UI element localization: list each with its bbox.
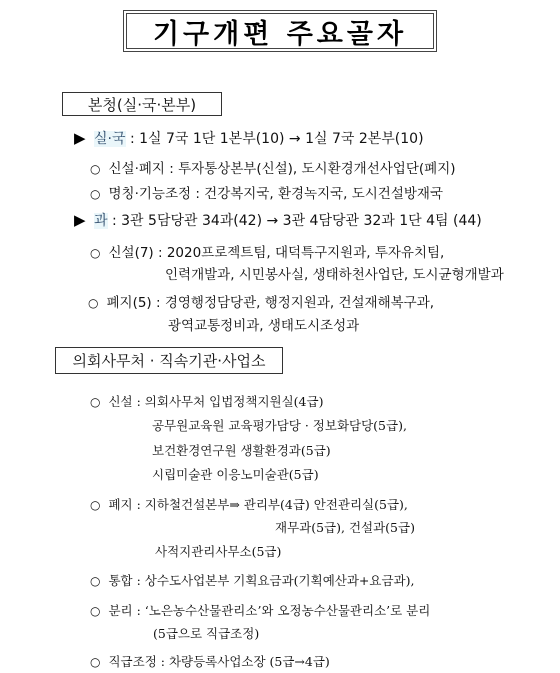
section-heading-main-office: 본청(실·국·본부) <box>62 92 222 116</box>
document-title: 기구개편 주요골자 <box>126 13 434 49</box>
triangle-bullet-icon: ▶ <box>74 129 86 147</box>
list-item-continuation: 재무과(5급), 건설과(5급) <box>275 518 415 536</box>
circle-bullet-icon: ○ <box>90 246 100 260</box>
list-item: ○직급조정 : 차량등록사업소장 (5급→4급) <box>90 652 330 670</box>
list-item: ○신설·폐지 : 투자통상본부(신설), 도시환경개선사업단(폐지) <box>90 157 456 177</box>
list-item: ○신설(7) : 2020프로젝트팀, 대덕특구지원과, 투자유치팀, <box>90 241 444 261</box>
list-item: ○분리 : ‘노은농수산물관리소’와 오정농수산물관리소’로 분리 <box>90 601 430 619</box>
list-item-continuation: 시립미술관 이응노미술관(5급) <box>152 465 319 483</box>
circle-bullet-icon: ○ <box>90 162 100 176</box>
list-item-continuation: 보건환경연구원 생활환경과(5급) <box>152 441 331 459</box>
group-label: 과 <box>94 213 108 229</box>
circle-bullet-icon: ○ <box>90 498 100 512</box>
list-item-continuation: 광역교통정비과, 생태도시조성과 <box>168 314 359 334</box>
triangle-bullet-icon: ▶ <box>74 211 86 229</box>
list-item: ○폐지 : 지하철건설본부⇒ 관리부(4급) 안전관리실(5급), <box>90 495 408 513</box>
list-item: ○폐지(5) : 경영행정담당관, 행정지원과, 건설재해복구과, <box>88 291 434 311</box>
list-item: ○통합 : 상수도사업본부 기획요금과(기획예산과+요금과), <box>90 571 414 589</box>
list-item-continuation: 사적지관리사무소(5급) <box>155 542 281 560</box>
group-summary: : 1실 7국 1단 1본부(10) → 1실 7국 2본부(10) <box>130 131 424 147</box>
group-label: 실·국 <box>94 131 126 147</box>
circle-bullet-icon: ○ <box>90 655 100 669</box>
circle-bullet-icon: ○ <box>90 574 100 588</box>
circle-bullet-icon: ○ <box>90 604 100 618</box>
circle-bullet-icon: ○ <box>88 296 98 310</box>
list-item-continuation: 공무원교육원 교육평가담당 · 정보화담당(5급), <box>152 416 407 434</box>
circle-bullet-icon: ○ <box>90 187 100 201</box>
circle-bullet-icon: ○ <box>90 395 100 409</box>
list-item: ○신설 : 의회사무처 입법정책지원실(4급) <box>90 392 323 410</box>
group-sil-guk: ▶ 실·국 : 1실 7국 1단 1본부(10) → 1실 7국 2본부(10) <box>74 128 424 148</box>
document-title-box: 기구개편 주요골자 <box>123 10 437 52</box>
group-gwa: ▶ 과 : 3관 5담당관 34과(42) → 3관 4담당관 32과 1단 4… <box>74 210 482 230</box>
section-heading-council-agencies: 의회사무처 · 직속기관·사업소 <box>55 347 283 374</box>
list-item: ○명칭·기능조정 : 건강복지국, 환경녹지국, 도시건설방재국 <box>90 182 443 202</box>
list-item-continuation: (5급으로 직급조정) <box>153 624 259 642</box>
list-item-continuation: 인력개발과, 시민봉사실, 생태하천사업단, 도시균형개발과 <box>165 263 504 283</box>
group-summary: : 3관 5담당관 34과(42) → 3관 4담당관 32과 1단 4팀 (4… <box>112 213 482 229</box>
